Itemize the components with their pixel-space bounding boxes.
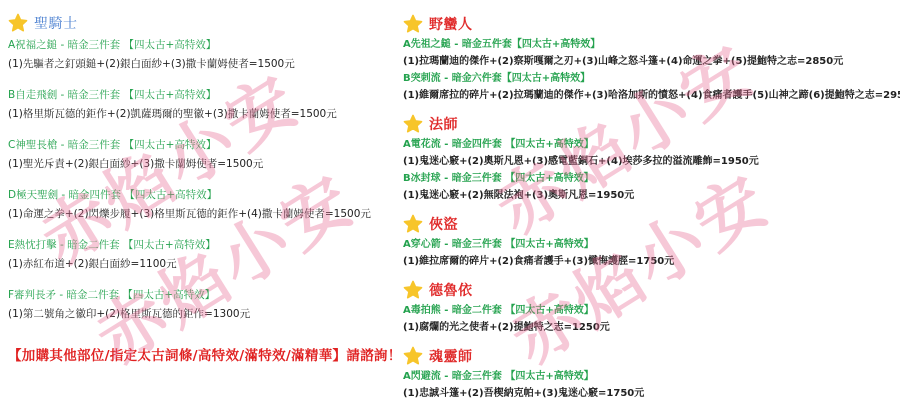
set-items: (1)第二號角之徽印+(2)格里斯瓦德的鉅作=1300元: [8, 307, 403, 321]
set-items: (1)忠誠斗篷+(2)吾楔納克帕+(3)鬼迷心竅=1750元: [403, 387, 898, 398]
set-block: F審判長矛 - 暗金二件套 【四太古+高特效】 (1)第二號角之徽印+(2)格里…: [8, 288, 403, 321]
set-title: B突刺流 - 暗金六件套【四太古+高特效】: [403, 72, 898, 86]
set-block: E熱忱打擊 - 暗金二件套 【四太古+高特效】 (1)赤紅布道+(2)銀白面紗=…: [8, 238, 403, 271]
set-title: A閃避流 - 暗金三件套 【四太古+高特效】: [403, 370, 898, 384]
class-title: 聖騎士: [34, 13, 78, 33]
set-items: (1)維拉席爾的碎片+(2)食痛者護手+(3)懺悔護脛=1750元: [403, 255, 898, 269]
set-items: (1)聖光斥責+(2)銀白面紗+(3)撒卡蘭姆使者=1500元: [8, 157, 403, 171]
set-title: B自走飛劍 - 暗金三件套 【四太古+高特效】: [8, 88, 403, 102]
set-items: (1)赤紅布道+(2)銀白面紗=1100元: [8, 257, 403, 271]
set-items: (1)鬼迷心竅+(2)奧斯凡恩+(3)感電藍銅石+(4)埃莎多拉的溢流雕飾=19…: [403, 155, 898, 169]
set-block: A祝福之鎚 - 暗金三件套 【四太古+高特效】 (1)先驅者之釘頭鎚+(2)銀白…: [8, 38, 403, 71]
set-block: D極天聖劍 - 暗金四件套 【四太古+高特效】 (1)命運之拳+(2)閃爍步履+…: [8, 188, 403, 221]
class-header-sorcerer: 法師: [403, 113, 898, 135]
class-title: 俠盜: [429, 214, 458, 234]
set-title: E熱忱打擊 - 暗金二件套 【四太古+高特效】: [8, 238, 403, 252]
set-title: C神聖長槍 - 暗金三件套 【四太古+高特效】: [8, 138, 403, 152]
star-icon: [403, 214, 423, 234]
class-title: 法師: [429, 114, 458, 134]
set-items: (1)先驅者之釘頭鎚+(2)銀白面紗+(3)撒卡蘭姆使者=1500元: [8, 57, 403, 71]
right-column: 野蠻人 A先祖之鎚 - 暗金五件套【四太古+高特效】 (1)拉瑪蘭迪的傑作+(2…: [403, 0, 898, 398]
class-header-druid: 德魯依: [403, 279, 898, 301]
set-items: (1)拉瑪蘭迪的傑作+(2)察斯嘎爾之刃+(3)山峰之怒斗篷+(4)命運之拳+(…: [403, 55, 898, 69]
set-items: (1)格里斯瓦德的鉅作+(2)凱薩瑪爾的聖徽+(3)撒卡蘭姆使者=1500元: [8, 107, 403, 121]
set-title: A先祖之鎚 - 暗金五件套【四太古+高特效】: [403, 38, 898, 52]
left-column: 聖騎士 A祝福之鎚 - 暗金三件套 【四太古+高特效】 (1)先驅者之釘頭鎚+(…: [8, 0, 403, 321]
set-title: F審判長矛 - 暗金二件套 【四太古+高特效】: [8, 288, 403, 302]
class-header-paladin: 聖騎士: [8, 12, 403, 34]
set-title: B冰封球 - 暗金三件套 【四太古+高特效】: [403, 172, 898, 186]
star-icon: [403, 14, 423, 34]
set-block: B自走飛劍 - 暗金三件套 【四太古+高特效】 (1)格里斯瓦德的鉅作+(2)凱…: [8, 88, 403, 121]
inquiry-notice: 【加購其他部位/指定太古詞條/高特效/滿特效/滿精華】請諮詢！: [8, 344, 402, 364]
class-header-barbarian: 野蠻人: [403, 13, 898, 35]
class-title: 野蠻人: [429, 14, 473, 34]
star-icon: [403, 280, 423, 300]
star-icon: [8, 13, 28, 33]
set-items: (1)維爾席拉的碎片+(2)拉瑪蘭迪的傑作+(3)哈洛加斯的憤怒+(4)食痛者護…: [403, 89, 898, 103]
class-title: 德魯依: [429, 280, 473, 300]
star-icon: [403, 114, 423, 134]
set-title: A電花流 - 暗金四件套 【四太古+高特效】: [403, 138, 898, 152]
star-icon: [403, 346, 423, 366]
set-items: (1)腐爛的光之使者+(2)提鮑特之志=1250元: [403, 321, 898, 335]
class-header-rogue: 俠盜: [403, 213, 898, 235]
class-title: 魂靈師: [429, 346, 473, 366]
set-items: (1)命運之拳+(2)閃爍步履+(3)格里斯瓦德的鉅作+(4)撒卡蘭姆使者=15…: [8, 207, 403, 221]
set-title: A祝福之鎚 - 暗金三件套 【四太古+高特效】: [8, 38, 403, 52]
set-title: A毒拍熊 - 暗金二件套 【四太古+高特效】: [403, 304, 898, 318]
set-items: (1)鬼迷心竅+(2)無限法袍+(3)奧斯凡恩=1950元: [403, 189, 898, 203]
set-block: C神聖長槍 - 暗金三件套 【四太古+高特效】 (1)聖光斥責+(2)銀白面紗+…: [8, 138, 403, 171]
class-header-spiritborn: 魂靈師: [403, 345, 898, 367]
set-title: A穿心箭 - 暗金三件套 【四太古+高特效】: [403, 238, 898, 252]
set-title: D極天聖劍 - 暗金四件套 【四太古+高特效】: [8, 188, 403, 202]
